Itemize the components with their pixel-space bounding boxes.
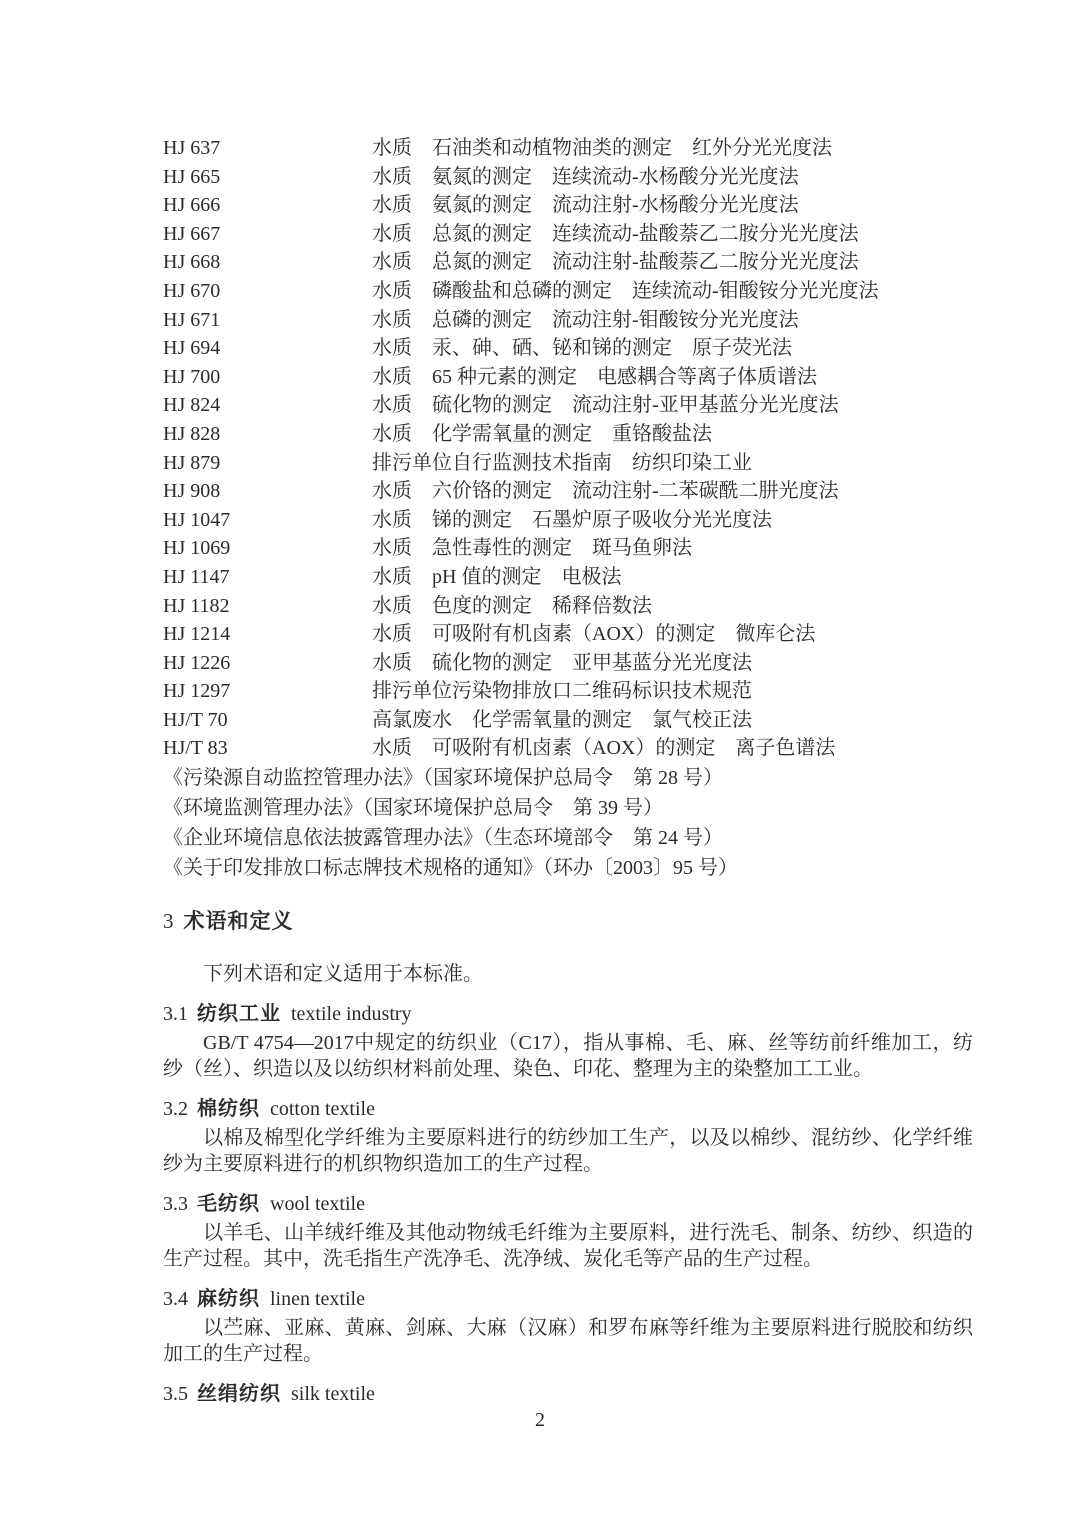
term-english: linen textile [270, 1288, 365, 1310]
document-page: HJ 637 水质 石油类和动植物油类的测定 红外分光光度法 HJ 665 水质… [0, 0, 1080, 1528]
term-heading: 3.5丝绢纺织silk textile [163, 1381, 973, 1408]
standard-item: HJ 671 水质 总磷的测定 流动注射-钼酸铵分光光度法 [163, 306, 973, 335]
standard-code: HJ/T 83 [163, 734, 372, 763]
term-chinese: 棉纺织 [197, 1098, 260, 1120]
standard-code: HJ 667 [163, 220, 372, 249]
reference-item: 《污染源自动监控管理办法》（国家环境保护总局令 第 28 号） [163, 763, 973, 793]
standard-title: 水质 可吸附有机卤素（AOX）的测定 微库仑法 [372, 620, 973, 649]
standard-title: 水质 氨氮的测定 流动注射-水杨酸分光光度法 [372, 191, 973, 220]
standard-code: HJ 637 [163, 134, 372, 163]
standard-code: HJ 1069 [163, 534, 372, 563]
standard-item: HJ 667 水质 总氮的测定 连续流动-盐酸萘乙二胺分光光度法 [163, 220, 973, 249]
standard-title: 水质 石油类和动植物油类的测定 红外分光光度法 [372, 134, 973, 163]
standard-item: HJ 1297 排污单位污染物排放口二维码标识技术规范 [163, 677, 973, 706]
term-english: silk textile [291, 1383, 375, 1405]
page-number: 2 [0, 1408, 1080, 1432]
term-section: 3.1纺织工业textile industry GB/T 4754—2017中规… [163, 1001, 973, 1082]
standard-code: HJ 1297 [163, 677, 372, 706]
section-heading: 3术语和定义 [163, 908, 973, 935]
standard-code: HJ 666 [163, 191, 372, 220]
term-chinese: 麻纺织 [197, 1288, 260, 1310]
term-english: textile industry [291, 1003, 412, 1025]
standard-title: 水质 汞、砷、硒、铋和锑的测定 原子荧光法 [372, 334, 973, 363]
standard-item: HJ 666 水质 氨氮的测定 流动注射-水杨酸分光光度法 [163, 191, 973, 220]
standard-item: HJ 1147 水质 pH 值的测定 电极法 [163, 563, 973, 592]
section-title: 术语和定义 [184, 910, 294, 933]
standard-code: HJ 908 [163, 477, 372, 506]
reference-item: 《环境监测管理办法》（国家环境保护总局令 第 39 号） [163, 793, 973, 823]
standard-code: HJ 828 [163, 420, 372, 449]
standard-title: 水质 65 种元素的测定 电感耦合等离子体质谱法 [372, 363, 973, 392]
term-section: 3.4麻纺织linen textile 以苎麻、亚麻、黄麻、剑麻、大麻（汉麻）和… [163, 1286, 973, 1367]
standard-item: HJ 828 水质 化学需氧量的测定 重铬酸盐法 [163, 420, 973, 449]
standard-item: HJ/T 83 水质 可吸附有机卤素（AOX）的测定 离子色谱法 [163, 734, 973, 763]
term-number: 3.4 [163, 1288, 188, 1310]
standard-item: HJ 700 水质 65 种元素的测定 电感耦合等离子体质谱法 [163, 363, 973, 392]
standards-list: HJ 637 水质 石油类和动植物油类的测定 红外分光光度法 HJ 665 水质… [163, 134, 973, 763]
term-number: 3.5 [163, 1383, 188, 1405]
standard-item: HJ 1214 水质 可吸附有机卤素（AOX）的测定 微库仑法 [163, 620, 973, 649]
term-heading: 3.4麻纺织linen textile [163, 1286, 973, 1313]
term-heading: 3.1纺织工业textile industry [163, 1001, 973, 1028]
standard-code: HJ/T 70 [163, 706, 372, 735]
standard-code: HJ 1047 [163, 506, 372, 535]
standard-code: HJ 1147 [163, 563, 372, 592]
standard-item: HJ 1226 水质 硫化物的测定 亚甲基蓝分光光度法 [163, 649, 973, 678]
standard-code: HJ 879 [163, 449, 372, 478]
standard-title: 水质 化学需氧量的测定 重铬酸盐法 [372, 420, 973, 449]
standard-item: HJ 694 水质 汞、砷、硒、铋和锑的测定 原子荧光法 [163, 334, 973, 363]
terms-container: 3.1纺织工业textile industry GB/T 4754—2017中规… [163, 1001, 973, 1408]
term-section: 3.3毛纺织wool textile 以羊毛、山羊绒纤维及其他动物绒毛纤维为主要… [163, 1191, 973, 1272]
standard-item: HJ 824 水质 硫化物的测定 流动注射-亚甲基蓝分光光度法 [163, 391, 973, 420]
standard-title: 水质 硫化物的测定 流动注射-亚甲基蓝分光光度法 [372, 391, 973, 420]
standard-code: HJ 670 [163, 277, 372, 306]
term-english: cotton textile [270, 1098, 375, 1120]
standard-title: 水质 色度的测定 稀释倍数法 [372, 592, 973, 621]
standard-code: HJ 824 [163, 391, 372, 420]
reference-item: 《关于印发排放口标志牌技术规格的通知》（环办〔2003〕95 号） [163, 853, 973, 883]
term-english: wool textile [270, 1193, 365, 1215]
term-definition: 以棉及棉型化学纤维为主要原料进行的纺纱加工生产，以及以棉纱、混纺纱、化学纤维纱为… [163, 1125, 973, 1177]
standard-item: HJ 668 水质 总氮的测定 流动注射-盐酸萘乙二胺分光光度法 [163, 248, 973, 277]
standard-title: 水质 总氮的测定 连续流动-盐酸萘乙二胺分光光度法 [372, 220, 973, 249]
term-definition: GB/T 4754—2017中规定的纺织业（C17），指从事棉、毛、麻、丝等纺前… [163, 1030, 973, 1082]
standard-item: HJ 1069 水质 急性毒性的测定 斑马鱼卵法 [163, 534, 973, 563]
term-number: 3.2 [163, 1098, 188, 1120]
standard-code: HJ 1214 [163, 620, 372, 649]
standard-item: HJ 879 排污单位自行监测技术指南 纺织印染工业 [163, 449, 973, 478]
standard-code: HJ 668 [163, 248, 372, 277]
term-heading: 3.3毛纺织wool textile [163, 1191, 973, 1218]
standard-item: HJ/T 70 高氯废水 化学需氧量的测定 氯气校正法 [163, 706, 973, 735]
term-section: 3.2棉纺织cotton textile 以棉及棉型化学纤维为主要原料进行的纺纱… [163, 1096, 973, 1177]
standard-code: HJ 700 [163, 363, 372, 392]
term-number: 3.1 [163, 1003, 188, 1025]
standard-item: HJ 1047 水质 锑的测定 石墨炉原子吸收分光光度法 [163, 506, 973, 535]
standard-code: HJ 665 [163, 163, 372, 192]
standard-item: HJ 908 水质 六价铬的测定 流动注射-二苯碳酰二肼光度法 [163, 477, 973, 506]
term-definition: 以苎麻、亚麻、黄麻、剑麻、大麻（汉麻）和罗布麻等纤维为主要原料进行脱胶和纺织加工… [163, 1315, 973, 1367]
standard-code: HJ 1182 [163, 592, 372, 621]
standard-title: 水质 总磷的测定 流动注射-钼酸铵分光光度法 [372, 306, 973, 335]
standard-code: HJ 671 [163, 306, 372, 335]
standard-title: 水质 磷酸盐和总磷的测定 连续流动-钼酸铵分光光度法 [372, 277, 973, 306]
term-chinese: 丝绢纺织 [197, 1383, 281, 1405]
standard-title: 水质 锑的测定 石墨炉原子吸收分光光度法 [372, 506, 973, 535]
standard-title: 水质 硫化物的测定 亚甲基蓝分光光度法 [372, 649, 973, 678]
references-list: 《污染源自动监控管理办法》（国家环境保护总局令 第 28 号） 《环境监测管理办… [163, 763, 973, 883]
standard-title: 高氯废水 化学需氧量的测定 氯气校正法 [372, 706, 973, 735]
section-intro: 下列术语和定义适用于本标准。 [163, 961, 973, 987]
term-chinese: 毛纺织 [197, 1193, 260, 1215]
term-number: 3.3 [163, 1193, 188, 1215]
standard-item: HJ 665 水质 氨氮的测定 连续流动-水杨酸分光光度法 [163, 163, 973, 192]
reference-item: 《企业环境信息依法披露管理办法》（生态环境部令 第 24 号） [163, 823, 973, 853]
standard-title: 水质 六价铬的测定 流动注射-二苯碳酰二肼光度法 [372, 477, 973, 506]
standard-item: HJ 1182 水质 色度的测定 稀释倍数法 [163, 592, 973, 621]
section-number: 3 [163, 909, 174, 933]
term-heading: 3.2棉纺织cotton textile [163, 1096, 973, 1123]
standard-title: 水质 氨氮的测定 连续流动-水杨酸分光光度法 [372, 163, 973, 192]
standard-item: HJ 637 水质 石油类和动植物油类的测定 红外分光光度法 [163, 134, 973, 163]
standard-title: 排污单位污染物排放口二维码标识技术规范 [372, 677, 973, 706]
standard-title: 水质 可吸附有机卤素（AOX）的测定 离子色谱法 [372, 734, 973, 763]
standard-title: 水质 急性毒性的测定 斑马鱼卵法 [372, 534, 973, 563]
term-definition: 以羊毛、山羊绒纤维及其他动物绒毛纤维为主要原料，进行洗毛、制条、纺纱、织造的生产… [163, 1220, 973, 1272]
standard-title: 水质 pH 值的测定 电极法 [372, 563, 973, 592]
standard-title: 水质 总氮的测定 流动注射-盐酸萘乙二胺分光光度法 [372, 248, 973, 277]
standard-code: HJ 694 [163, 334, 372, 363]
standard-code: HJ 1226 [163, 649, 372, 678]
standard-item: HJ 670 水质 磷酸盐和总磷的测定 连续流动-钼酸铵分光光度法 [163, 277, 973, 306]
term-chinese: 纺织工业 [197, 1003, 281, 1025]
standard-title: 排污单位自行监测技术指南 纺织印染工业 [372, 449, 973, 478]
term-section: 3.5丝绢纺织silk textile [163, 1381, 973, 1408]
